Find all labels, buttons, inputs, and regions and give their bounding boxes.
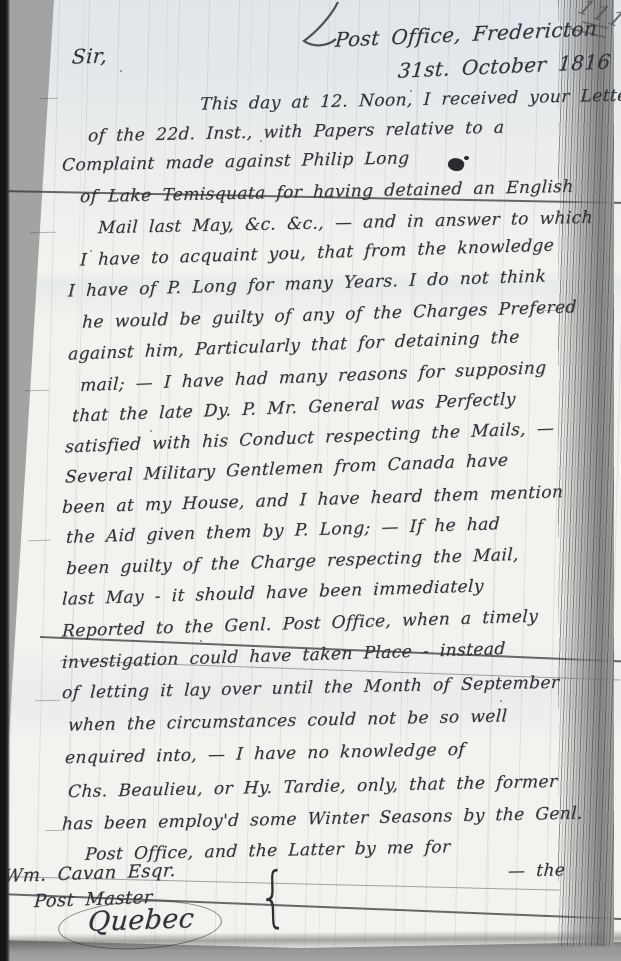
speckle xyxy=(150,430,152,432)
catchword: — the xyxy=(508,860,566,881)
document-scan: 111 Post Office, Fredericton 31st. Octob… xyxy=(0,0,621,961)
ink-blot xyxy=(464,156,469,160)
addressee-place: Quebec xyxy=(87,903,195,938)
brace-mark: { xyxy=(257,857,288,935)
speckle xyxy=(500,700,502,702)
speckle xyxy=(120,70,122,72)
speckle xyxy=(200,640,202,642)
scan-left-edge xyxy=(0,0,10,961)
salutation: Sir, xyxy=(71,43,108,68)
